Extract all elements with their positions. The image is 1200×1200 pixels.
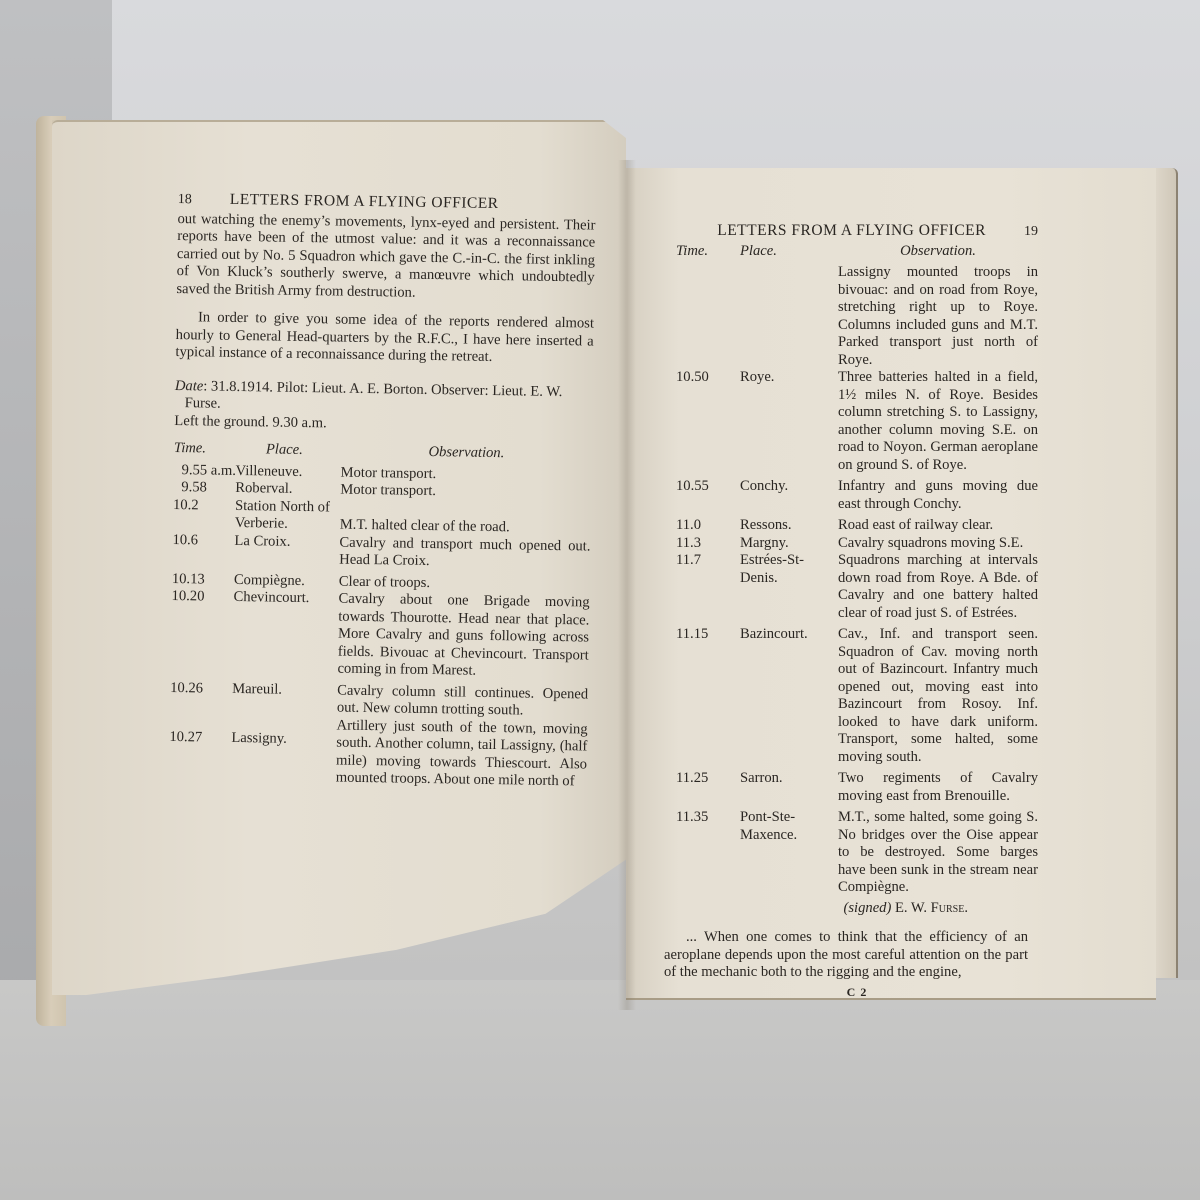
row-time: 10.2 xyxy=(173,496,236,532)
row-time: 9.58 xyxy=(173,479,235,497)
row-observation: Cavalry and transport much opened out. H… xyxy=(339,534,591,573)
signer-name: E. W. Furse. xyxy=(895,900,968,916)
row-time: 10.6 xyxy=(172,531,235,567)
row-place: Pont-Ste-Maxence. xyxy=(740,809,838,897)
row-observation: Cavalry about one Brigade moving towards… xyxy=(337,591,589,682)
row-observation: Infantry and guns moving due east throug… xyxy=(838,478,1038,513)
header-observation: Observation. xyxy=(341,443,592,464)
row-time: 10.13 xyxy=(172,570,234,588)
row-time xyxy=(676,264,740,369)
row-time: 10.20 xyxy=(170,588,233,676)
row-place: Bazincourt. xyxy=(740,626,838,766)
row-observation: Artillery just south of the town, moving… xyxy=(336,717,588,791)
row-time: 10.27 xyxy=(169,728,232,785)
floor-surface xyxy=(0,980,1200,1200)
left-paragraph-2: In order to give you some idea of the re… xyxy=(175,309,594,368)
reconnaissance-table-left: Time. Place. Observation. 9.55 a.m. Vill… xyxy=(169,440,592,791)
row-time: 11.0 xyxy=(676,517,740,535)
right-page-text: LETTERS FROM A FLYING OFFICER 19 Time. P… xyxy=(676,222,1038,1001)
row-place xyxy=(740,264,838,369)
row-observation: Two regiments of Cavalry moving east fro… xyxy=(838,770,1038,805)
date-text: : 31.8.1914. Pilot: Lieut. A. E. Borton.… xyxy=(185,378,563,412)
row-place: Chevincourt. xyxy=(232,589,338,678)
right-running-head: LETTERS FROM A FLYING OFFICER 19 xyxy=(676,222,1038,241)
row-observation: M.T. halted clear of the road. xyxy=(340,499,592,538)
row-observation: Cav., Inf. and transport seen. Squadron … xyxy=(838,626,1038,766)
row-place: Conchy. xyxy=(740,478,838,513)
row-place: Estrées-St-Denis. xyxy=(740,552,838,622)
running-title-left: LETTERS FROM A FLYING OFFICER xyxy=(230,191,499,213)
right-paragraph-1: ... When one comes to think that the eff… xyxy=(664,929,1028,982)
row-place: Station North of Verberie. xyxy=(235,497,336,534)
signed-label: (signed) xyxy=(844,900,892,916)
row-place: Roberval. xyxy=(235,480,340,499)
right-page-edge xyxy=(1156,168,1178,978)
left-paragraph-1: out watching the enemy’s movements, lynx… xyxy=(176,210,595,304)
header-observation: Observation. xyxy=(838,243,1038,261)
report-signature: (signed) E. W. Furse. xyxy=(676,900,1038,918)
row-time: 11.3 xyxy=(676,535,740,553)
report-header: Date: 31.8.1914. Pilot: Lieut. A. E. Bor… xyxy=(174,377,593,436)
row-time: 11.25 xyxy=(676,770,740,805)
row-place: Villeneuve. xyxy=(235,462,340,481)
row-observation: Squadrons marching at intervals down roa… xyxy=(838,552,1038,622)
row-time: 10.50 xyxy=(676,369,740,474)
row-place: Compiègne. xyxy=(234,571,339,590)
header-place: Place. xyxy=(236,441,341,460)
signature-mark: C 2 xyxy=(676,984,1038,1002)
row-observation: Three batteries halted in a field, 1½ mi… xyxy=(838,369,1038,474)
row-time: 9.55 a.m. xyxy=(173,461,235,479)
row-time: 11.15 xyxy=(676,626,740,766)
row-observation: Cavalry column still continues. Opened o… xyxy=(337,682,589,721)
row-place: La Croix. xyxy=(234,532,340,569)
row-place: Ressons. xyxy=(740,517,838,535)
header-time: Time. xyxy=(676,243,740,261)
left-page-number: 18 xyxy=(178,191,230,209)
row-place: Margny. xyxy=(740,535,838,553)
row-place: Sarron. xyxy=(740,770,838,805)
row-place: Mareuil. xyxy=(232,680,338,717)
book-gutter xyxy=(618,160,636,1010)
date-label: Date xyxy=(175,377,204,393)
row-observation: M.T., some halted, some going S. No brid… xyxy=(838,809,1038,897)
row-observation: Lassigny mounted troops in bivouac: and … xyxy=(838,264,1038,369)
row-place: Lassigny. xyxy=(231,729,337,787)
row-observation: Road east of railway clear. xyxy=(838,517,1038,535)
row-place: Roye. xyxy=(740,369,838,474)
left-page-text: 18 LETTERS FROM A FLYING OFFICER out wat… xyxy=(169,190,596,791)
row-observation: Cavalry squadrons moving S.E. xyxy=(838,535,1038,553)
header-time: Time. xyxy=(174,440,236,458)
right-page-number: 19 xyxy=(1024,223,1038,241)
row-time: 10.55 xyxy=(676,478,740,513)
row-time: 10.26 xyxy=(170,679,233,715)
running-title-right: LETTERS FROM A FLYING OFFICER xyxy=(717,222,986,240)
row-time: 11.7 xyxy=(676,552,740,622)
header-place: Place. xyxy=(740,243,838,261)
row-time: 11.35 xyxy=(676,809,740,897)
reconnaissance-table-right: Time. Place. Observation. Lassigny mount… xyxy=(676,243,1038,897)
